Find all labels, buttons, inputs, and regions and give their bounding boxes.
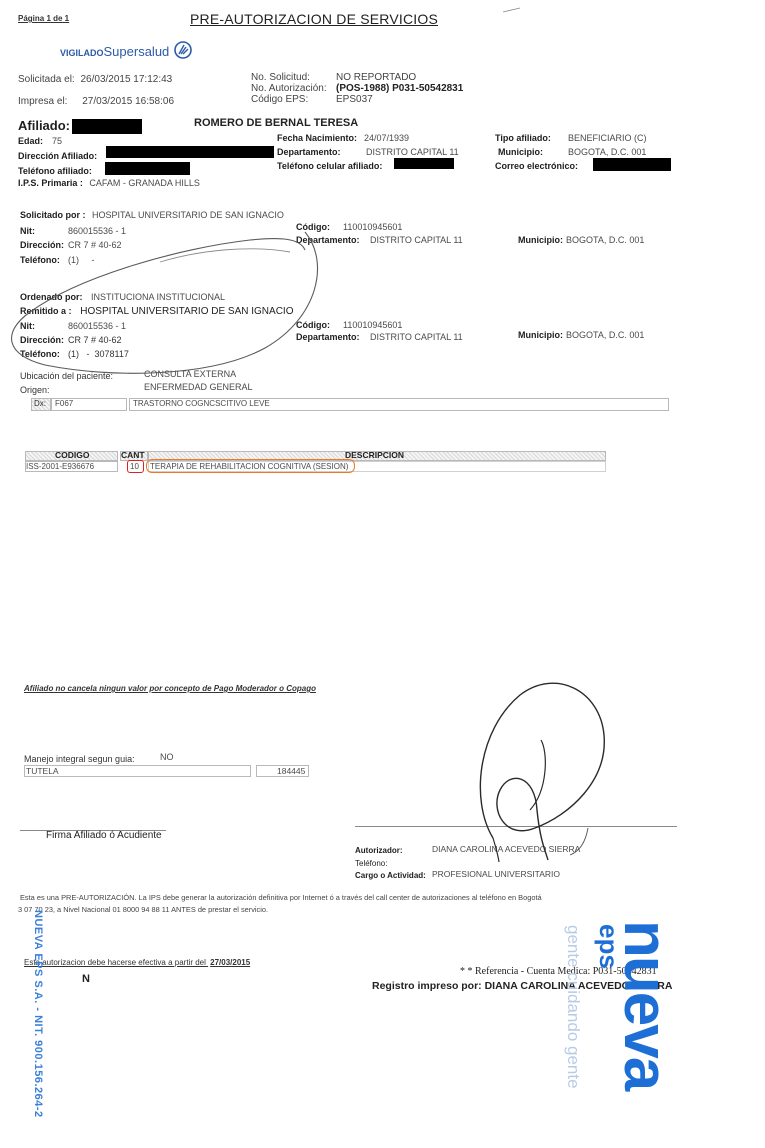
cell-codigo-text: ISS-2001-E936676 bbox=[26, 462, 94, 471]
rem-direccion-label: Dirección: bbox=[20, 335, 64, 345]
no-autorizacion-value: (POS-1988) P031-50542831 bbox=[336, 83, 463, 94]
manejo-integral-label: Manejo integral segun guia: bbox=[24, 754, 135, 764]
celular-label: Teléfono celular afiliado: bbox=[277, 161, 382, 171]
fecha-nacimiento-value: 24/07/1939 bbox=[364, 133, 409, 143]
ips-value: CAFAM - GRANADA HILLS bbox=[89, 178, 200, 188]
autorizador-telefono-label: Teléfono: bbox=[355, 859, 387, 868]
page-indicator: Página 1 de 1 bbox=[18, 14, 69, 23]
sol-nit-value: 860015536 - 1 bbox=[68, 226, 126, 236]
dx-description: TRASTORNO COGNCSCITIVO LEVE bbox=[133, 399, 270, 408]
sol-municipio-label: Municipio: bbox=[518, 235, 563, 245]
supersalud-brand: Supersalud bbox=[104, 44, 170, 59]
sol-direccion-value: CR 7 # 40-62 bbox=[68, 240, 122, 250]
rem-nit-value: 860015536 - 1 bbox=[68, 321, 126, 331]
no-solicitud-label: No. Solicitud: bbox=[251, 72, 310, 83]
correo-label: Correo electrónico: bbox=[495, 161, 578, 171]
col-header-codigo-text: CODIGO bbox=[55, 450, 89, 460]
impresa-date: Impresa el: 27/03/2015 16:58:06 bbox=[18, 96, 174, 107]
tutela-number: 184445 bbox=[277, 766, 305, 776]
rem-municipio-label: Municipio: bbox=[518, 330, 563, 340]
afiliado-name: ROMERO DE BERNAL TERESA bbox=[194, 117, 358, 129]
tipo-afiliado-label: Tipo afiliado: bbox=[495, 133, 551, 143]
tipo-afiliado-value: BENEFICIARIO (C) bbox=[568, 133, 647, 143]
redacted-afiliado-id bbox=[72, 119, 142, 134]
nueva-eps-nit-stamp: NUEVA EPS S.A. - NIT. 900.156.264-2 bbox=[32, 910, 44, 1118]
vigilado-prefix: VIGILADO bbox=[60, 48, 104, 58]
sol-departamento-value: DISTRITO CAPITAL 11 bbox=[370, 235, 463, 245]
rem-municipio-value: BOGOTA, D.C. 001 bbox=[566, 330, 644, 340]
solicitado-value: HOSPITAL UNIVERSITARIO DE SAN IGNACIO bbox=[92, 210, 284, 220]
col-header-cant-text: CANT bbox=[121, 450, 145, 460]
redacted-direccion bbox=[106, 146, 274, 158]
sol-nit-label: Nit: bbox=[20, 226, 35, 236]
dx-code: F067 bbox=[55, 399, 73, 408]
redacted-correo bbox=[593, 158, 671, 171]
rem-departamento-value: DISTRITO CAPITAL 11 bbox=[370, 332, 463, 342]
codigo-eps-label: Código EPS: bbox=[251, 94, 308, 105]
origen-label: Origen: bbox=[20, 385, 50, 395]
autorizador-line bbox=[355, 826, 677, 827]
autorizador-value: DIANA CAROLINA ACEVEDO SIERRA bbox=[432, 844, 580, 854]
rem-codigo-value: 110010945601 bbox=[343, 320, 402, 330]
municipio-value: BOGOTA, D.C. 001 bbox=[568, 147, 646, 157]
ips-label: I.P.S. Primaria : bbox=[18, 178, 83, 188]
disclaimer-line-1: Esta es una PRE-AUTORIZACIÓN. La IPS deb… bbox=[20, 893, 542, 902]
marker-n: N bbox=[82, 973, 90, 985]
efectiva-notice: Esta autorizacion debe hacerse efectiva … bbox=[24, 958, 250, 967]
edad-value: 75 bbox=[52, 136, 62, 146]
firma-afiliado-label: Firma Afiliado ó Acudiente bbox=[46, 830, 162, 841]
impresa-label: Impresa el: bbox=[18, 96, 67, 107]
sol-direccion-label: Dirección: bbox=[20, 240, 64, 250]
sol-telefono-value: (1) - bbox=[68, 255, 95, 265]
vigilado-supersalud-logo: VIGILADOSupersalud bbox=[60, 40, 193, 60]
ips-primaria: I.P.S. Primaria : CAFAM - GRANADA HILLS bbox=[18, 178, 200, 188]
col-header-descripcion-text: DESCRIPCION bbox=[345, 450, 404, 460]
solicitada-value: 26/03/2015 17:12:43 bbox=[80, 74, 172, 85]
rem-telefono-value: (1) - 3078117 bbox=[68, 349, 129, 359]
redacted-celular bbox=[394, 158, 454, 169]
rem-nit-label: Nit: bbox=[20, 321, 35, 331]
cell-cant-text: 10 bbox=[130, 462, 139, 471]
signature bbox=[480, 683, 604, 860]
rem-direccion-value: CR 7 # 40-62 bbox=[68, 335, 122, 345]
tutela-value: TUTELA bbox=[26, 766, 59, 776]
no-solicitud-value: NO REPORTADO bbox=[336, 72, 416, 83]
sol-telefono-label: Teléfono: bbox=[20, 255, 60, 265]
supersalud-emblem-icon bbox=[173, 40, 193, 60]
manejo-integral-value: NO bbox=[160, 752, 174, 762]
direccion-afiliado-label: Dirección Afiliado: bbox=[18, 151, 97, 161]
sol-codigo-value: 110010945601 bbox=[343, 222, 402, 232]
efectiva-label: Esta autorizacion debe hacerse efectiva … bbox=[24, 958, 206, 967]
sol-municipio-value: BOGOTA, D.C. 001 bbox=[566, 235, 644, 245]
cargo-label: Cargo o Actividad: bbox=[355, 871, 426, 880]
ordenado-por: Ordenado por: INSTITUCIONA INSTITUCIONAL bbox=[20, 292, 225, 302]
departamento-value: DISTRITO CAPITAL 11 bbox=[366, 147, 459, 157]
cargo-value: PROFESIONAL UNIVERSITARIO bbox=[432, 869, 560, 879]
solicitado-label: Solicitado por : bbox=[20, 210, 86, 220]
sol-departamento-label: Departamento: bbox=[296, 235, 360, 245]
codigo-eps-value: EPS037 bbox=[336, 94, 373, 105]
solicitada-label: Solicitada el: bbox=[18, 74, 75, 85]
remitido-label: Remitido a : bbox=[20, 306, 72, 316]
solicitado-por: Solicitado por : HOSPITAL UNIVERSITARIO … bbox=[20, 210, 284, 220]
remitido-value: HOSPITAL UNIVERSITARIO DE SAN IGNACIO bbox=[80, 306, 293, 317]
document-title: PRE-AUTORIZACION DE SERVICIOS bbox=[190, 11, 438, 27]
ubicacion-value: CONSULTA EXTERNA bbox=[144, 369, 236, 379]
rem-telefono-label: Teléfono: bbox=[20, 349, 60, 359]
origen-value: ENFERMEDAD GENERAL bbox=[144, 382, 253, 392]
disclaimer-line-2: 3 07 70 23, a Nivel Nacional 01 8000 94 … bbox=[18, 905, 268, 914]
ordenado-value: INSTITUCIONA INSTITUCIONAL bbox=[91, 292, 225, 302]
rem-codigo-label: Código: bbox=[296, 320, 330, 330]
impresa-value: 27/03/2015 16:58:06 bbox=[82, 96, 174, 107]
efectiva-date: 27/03/2015 bbox=[210, 958, 250, 967]
no-autorizacion-label: No. Autorización: bbox=[251, 83, 327, 94]
sol-codigo-label: Código: bbox=[296, 222, 330, 232]
copago-notice: Afiliado no cancela ningun valor por con… bbox=[24, 684, 316, 693]
ubicacion-label: Ubicación del paciente: bbox=[20, 371, 113, 381]
dx-label: Dx: bbox=[34, 399, 46, 408]
rem-departamento-label: Departamento: bbox=[296, 332, 360, 342]
afiliado-label: Afiliado: bbox=[18, 118, 70, 133]
remitido-a: Remitido a : HOSPITAL UNIVERSITARIO DE S… bbox=[20, 306, 293, 317]
departamento-label: Departamento: bbox=[277, 147, 341, 157]
fecha-nacimiento-label: Fecha Nacimiento: bbox=[277, 133, 357, 143]
municipio-label: Municipio: bbox=[498, 147, 543, 157]
ordenado-label: Ordenado por: bbox=[20, 292, 83, 302]
cell-descripcion-text: TERAPIA DE REHABILITACION COGNITIVA (SES… bbox=[150, 462, 348, 471]
redacted-telefono bbox=[105, 162, 190, 175]
logo-eps: eps bbox=[596, 924, 622, 969]
telefono-afiliado-label: Teléfono afiliado: bbox=[18, 166, 92, 176]
logo-tagline: gente cuidando gente bbox=[565, 925, 582, 1089]
edad-label: Edad: bbox=[18, 136, 43, 146]
autorizador-label: Autorizador: bbox=[355, 846, 403, 855]
solicitada-date: Solicitada el: 26/03/2015 17:12:43 bbox=[18, 74, 172, 85]
